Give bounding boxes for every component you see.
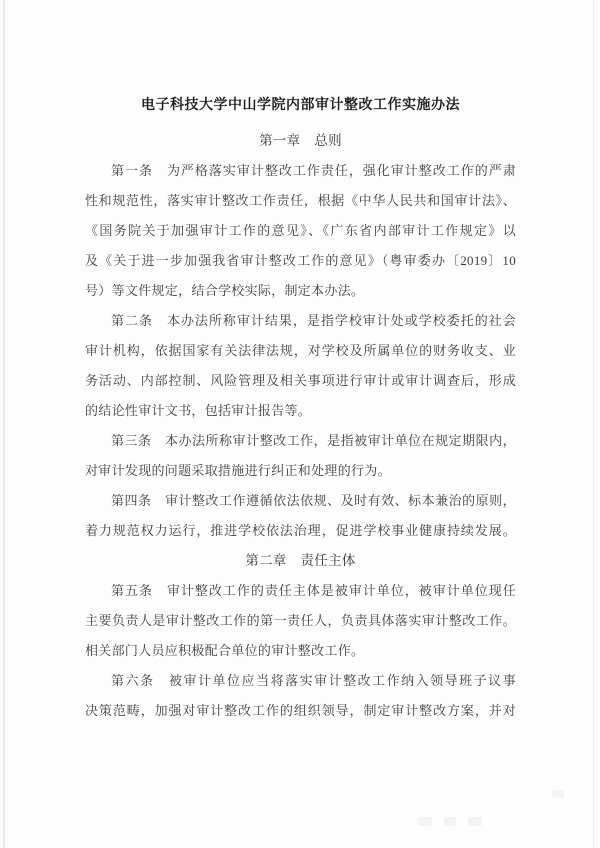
text-line: 相关部门人员应积极配合单位的审计整改工作。 bbox=[85, 636, 516, 666]
text-line: 着力规范权力运行，推进学校依法治理，促进学校事业健康持续发展。 bbox=[85, 516, 516, 546]
text-line: 决策范畴，加强对审计整改工作的组织领导，制定审计整改方案，并对 bbox=[85, 696, 516, 726]
scan-smudge bbox=[552, 790, 564, 798]
text-line: 《国务院关于加强审计工作的意见》、《广东省内部审计工作规定》以 bbox=[85, 216, 516, 246]
scan-smudge bbox=[444, 817, 456, 826]
chapter-heading: 第二章 责任主体 bbox=[85, 546, 516, 576]
text-line: 性和规范性，落实审计整改工作责任，根据《中华人民共和国审计法》、 bbox=[85, 186, 516, 216]
document-lines: 第一章 总则第一条 为严格落实审计整改工作责任，强化审计整改工作的严肃性和规范性… bbox=[85, 126, 516, 726]
text-line: 审计机构，依据国家有关法律法规，对学校及所属单位的财务收支、业 bbox=[85, 336, 516, 366]
scan-smudge bbox=[418, 817, 432, 826]
text-line: 务活动、内部控制、风险管理及相关事项进行审计或审计调查后，形成 bbox=[85, 366, 516, 396]
text-line: 第二条 本办法所称审计结果，是指学校审计处或学校委托的社会 bbox=[85, 306, 516, 336]
document-title: 电子科技大学中山学院内部审计整改工作实施办法 bbox=[85, 96, 516, 116]
scan-edge-left-line bbox=[3, 0, 5, 848]
scan-edge-right-line bbox=[593, 0, 594, 848]
chapter-heading: 第一章 总则 bbox=[85, 126, 516, 156]
text-line: 的结论性审计文书，包括审计报告等。 bbox=[85, 396, 516, 426]
text-line: 第一条 为严格落实审计整改工作责任，强化审计整改工作的严肃 bbox=[85, 156, 516, 186]
text-line: 第五条 审计整改工作的责任主体是被审计单位，被审计单位现任 bbox=[85, 576, 516, 606]
document-page: 电子科技大学中山学院内部审计整改工作实施办法 第一章 总则第一条 为严格落实审计… bbox=[0, 0, 600, 848]
text-line: 号）等文件规定，结合学校实际，制定本办法。 bbox=[85, 276, 516, 306]
text-line: 主要负责人是审计整改工作的第一责任人，负责具体落实审计整改工作。 bbox=[85, 606, 516, 636]
text-line: 对审计发现的问题采取措施进行纠正和处理的行为。 bbox=[85, 456, 516, 486]
text-line: 第六条 被审计单位应当将落实审计整改工作纳入领导班子议事 bbox=[85, 666, 516, 696]
text-line: 第四条 审计整改工作遵循依法依规、及时有效、标本兼治的原则， bbox=[85, 486, 516, 516]
text-line: 第三条 本办法所称审计整改工作，是指被审计单位在规定期限内， bbox=[85, 426, 516, 456]
scan-smudge bbox=[468, 817, 482, 826]
text-line: 及《关于进一步加强我省审计整改工作的意见》（粤审委办〔2019〕10 bbox=[85, 246, 516, 276]
